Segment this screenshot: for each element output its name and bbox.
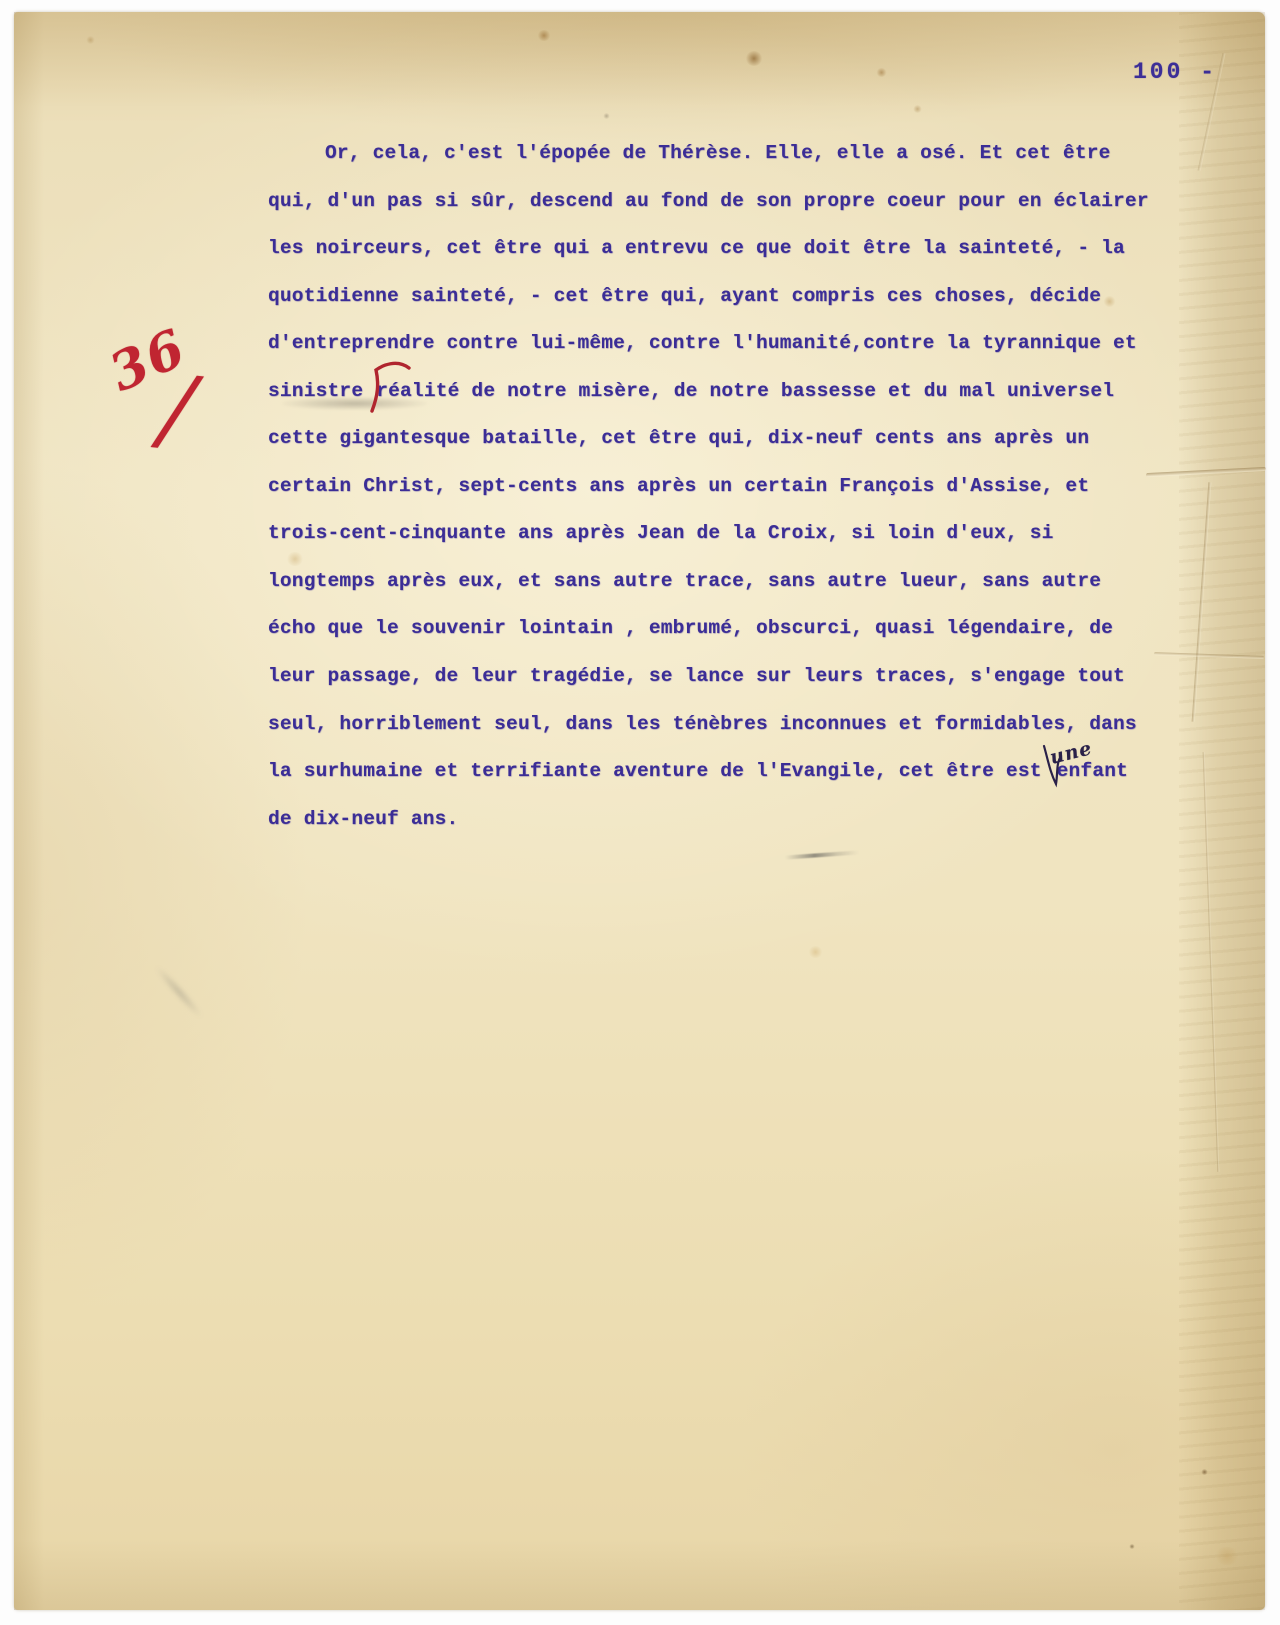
scan-background: 100 - 36 / Or, cela, c'est l'épopée de T… xyxy=(0,0,1280,1625)
typescript-line: les noirceurs, cet être qui a entrevu ce… xyxy=(268,225,1198,273)
line-text: de dix-neuf ans. xyxy=(268,808,458,830)
line-text: leur passage, de leur tragédie, se lance… xyxy=(268,665,1125,687)
typescript-line: leur passage, de leur tragédie, se lance… xyxy=(268,653,1198,701)
line-text: réalité de notre misère, de notre basses… xyxy=(376,380,1114,402)
foxing-spot xyxy=(1129,1544,1135,1549)
foxing-spot xyxy=(603,113,610,119)
typescript-line: qui, d'un pas si sûr, descend au fond de… xyxy=(268,178,1198,226)
line-text: certain Christ, sept-cents ans après un … xyxy=(268,475,1089,497)
typescript-line: sinistreréalité de notre misère, de notr… xyxy=(268,368,1198,416)
paper-crease xyxy=(1203,752,1220,1172)
foxing-spot xyxy=(1201,1469,1208,1475)
paper-edge-shading-top xyxy=(14,12,1265,107)
foxing-spot xyxy=(1214,1547,1240,1565)
pencil-smudge xyxy=(785,850,859,859)
typescript-line: quotidienne sainteté, - cet être qui, ay… xyxy=(268,273,1198,321)
foxing-spot xyxy=(745,51,763,66)
typescript-line: cette gigantesque bataille, cet être qui… xyxy=(268,415,1198,463)
line-text: quotidienne sainteté, - cet être qui, ay… xyxy=(268,285,1101,307)
red-margin-annotation: 36 / xyxy=(110,330,230,480)
page-number: 100 - xyxy=(1133,59,1217,85)
paper-edge-shading-bottom xyxy=(14,1540,1265,1610)
foxing-spot xyxy=(913,105,922,113)
line-text: trois-cent-cinquante ans après Jean de l… xyxy=(268,522,1054,544)
foxing-spot xyxy=(86,36,95,44)
line-text: d'entreprendre contre lui-même, contre l… xyxy=(268,332,1137,354)
typescript-line: certain Christ, sept-cents ans après un … xyxy=(268,463,1198,511)
typescript-line: longtemps après eux, et sans autre trace… xyxy=(268,558,1198,606)
manuscript-page: 100 - 36 / Or, cela, c'est l'épopée de T… xyxy=(14,12,1265,1610)
line-text: Or, cela, c'est l'épopée de Thérèse. Ell… xyxy=(325,142,1111,164)
line-text: cette gigantesque bataille, cet être qui… xyxy=(268,427,1089,449)
foxing-spot xyxy=(537,30,551,41)
line-text: la surhumaine et terrifiante aventure de… xyxy=(268,760,1042,782)
line-text: écho que le souvenir lointain , embrumé,… xyxy=(268,617,1113,639)
line-text: longtemps après eux, et sans autre trace… xyxy=(268,570,1101,592)
typescript-body: Or, cela, c'est l'épopée de Thérèse. Ell… xyxy=(268,130,1198,843)
typescript-line: trois-cent-cinquante ans après Jean de l… xyxy=(268,510,1198,558)
typescript-line: la surhumaine et terrifiante aventure de… xyxy=(268,748,1198,796)
typescript-line: Or, cela, c'est l'épopée de Thérèse. Ell… xyxy=(268,130,1198,178)
line-text: qui, d'un pas si sûr, descend au fond de… xyxy=(268,190,1149,212)
foxing-spot xyxy=(808,946,823,958)
paper-edge-shading-left xyxy=(14,12,44,1610)
typescript-line: écho que le souvenir lointain , embrumé,… xyxy=(268,605,1198,653)
pencil-smudge xyxy=(152,963,206,1022)
line-text: sinistre xyxy=(268,380,363,402)
line-text: les noirceurs, cet être qui a entrevu ce… xyxy=(268,237,1125,259)
foxing-spot xyxy=(876,68,887,77)
line-text: seul, horriblement seul, dans les ténèbr… xyxy=(268,713,1137,735)
typescript-line: de dix-neuf ans. xyxy=(268,796,1198,844)
